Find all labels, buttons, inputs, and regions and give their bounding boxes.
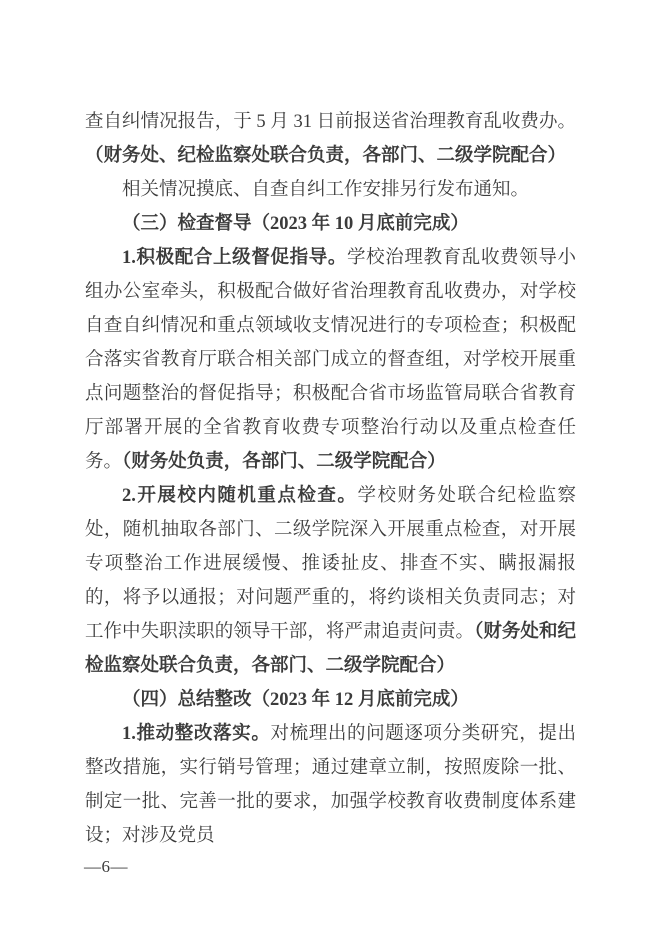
document-body: 查自纠情况报告，于 5 月 31 日前报送省治理教育乱收费办。（财务处、纪检监察… [85, 105, 576, 853]
paragraph-separate-notice: 相关情况摸底、自查自纠工作安排另行发布通知。 [85, 173, 576, 207]
paragraph-item-2-random-inspection: 2.开展校内随机重点检查。学校财务处联合纪检监察处，随机抽取各部门、二级学院深入… [85, 479, 576, 683]
heading-text: （三）检查督导（2023 年 10 月底前完成） [122, 214, 469, 234]
page-number: —6— [84, 856, 128, 878]
document-page: 查自纠情况报告，于 5 月 31 日前报送省治理教育乱收费办。（财务处、纪检监察… [0, 0, 657, 931]
item-lead-bold: 1.积极配合上级督促指导。 [122, 248, 347, 268]
heading-section-4: （四）总结整改（2023 年 12 月底前完成） [85, 683, 576, 717]
text-run-bold-responsibility: （财务处、纪检监察处联合负责，各部门、二级学院配合） [85, 146, 566, 166]
heading-section-3: （三）检查督导（2023 年 10 月底前完成） [85, 207, 576, 241]
text-run-bold-responsibility: （财务处负责，各部门、二级学院配合） [122, 452, 446, 472]
text-run: 学校治理教育乱收费领导小组办公室牵头，积极配合做好省治理教育乱收费办，对学校自查… [85, 248, 576, 472]
paragraph-report-deadline: 查自纠情况报告，于 5 月 31 日前报送省治理教育乱收费办。（财务处、纪检监察… [85, 105, 576, 173]
heading-text: （四）总结整改（2023 年 12 月底前完成） [122, 690, 469, 710]
item-lead-bold: 1.推动整改落实。 [122, 724, 270, 744]
text-run: 学校财务处联合纪检监察处，随机抽取各部门、二级学院深入开展重点检查，对开展专项整… [85, 486, 576, 642]
item-lead-bold: 2.开展校内随机重点检查。 [122, 486, 357, 506]
paragraph-item-1-cooperate-supervision: 1.积极配合上级督促指导。学校治理教育乱收费领导小组办公室牵头，积极配合做好省治… [85, 241, 576, 479]
text-run: 相关情况摸底、自查自纠工作安排另行发布通知。 [122, 180, 529, 200]
text-run: 查自纠情况报告，于 5 月 31 日前报送省治理教育乱收费办。 [85, 112, 576, 132]
paragraph-item-1-promote-rectification: 1.推动整改落实。对梳理出的问题逐项分类研究，提出整改措施，实行销号管理；通过建… [85, 717, 576, 853]
